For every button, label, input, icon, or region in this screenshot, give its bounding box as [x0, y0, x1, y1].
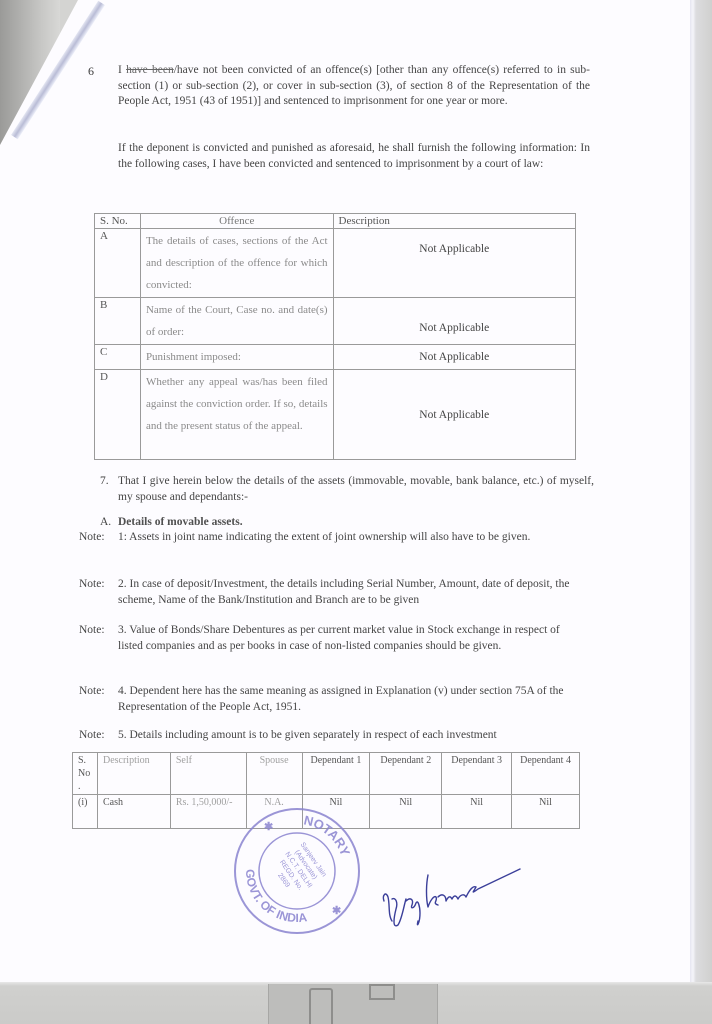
row-description: Not Applicable: [333, 229, 575, 298]
header-dependant-4: Dependant 4: [512, 753, 580, 795]
note-4-text: 4. Dependent here has the same meaning a…: [118, 684, 578, 715]
note-3-text: 3. Value of Bonds/Share Debentures as pe…: [118, 623, 580, 654]
binder-clip-object: [268, 984, 438, 1024]
table-row: A The details of cases, sections of the …: [95, 229, 576, 298]
star-icon: ✱: [264, 821, 273, 833]
note-1-text: 1: Assets in joint name indicating the e…: [118, 530, 568, 546]
row-offence: The details of cases, sections of the Ac…: [140, 229, 333, 298]
section-a-label: A.: [100, 515, 111, 531]
table-row: B Name of the Court, Case no. and date(s…: [95, 298, 576, 345]
item-6-rest: /have not been convicted of an offence(s…: [118, 64, 590, 107]
cell-dependant-4: Nil: [512, 795, 580, 829]
header-self: Self: [170, 753, 246, 795]
cell-description: Cash: [97, 795, 170, 829]
header-description: Description: [97, 753, 170, 795]
header-sno: S. No .: [73, 753, 98, 795]
section-a-title: Details of movable assets.: [118, 515, 243, 531]
row-description: Not Applicable: [333, 370, 575, 460]
cell-dependant-3: Nil: [442, 795, 512, 829]
header-dependant-3: Dependant 3: [442, 753, 512, 795]
page-stack-edge: [690, 0, 712, 982]
row-offence: Whether any appeal was/has been filed ag…: [140, 370, 333, 460]
item-6-number: 6: [88, 64, 94, 79]
note-label: Note:: [79, 623, 105, 639]
header-dependant-1: Dependant 1: [302, 753, 370, 795]
row-offence: Punishment imposed:: [140, 345, 333, 370]
header-spouse: Spouse: [246, 753, 302, 795]
note-label: Note:: [79, 684, 105, 700]
row-description: Not Applicable: [333, 345, 575, 370]
signature: Vijay Kumar: [370, 855, 530, 935]
row-sno: D: [95, 370, 141, 460]
item-6-lead: I: [118, 64, 126, 76]
header-sno: S. No.: [95, 214, 141, 229]
note-label: Note:: [79, 728, 105, 744]
header-description: Description: [333, 214, 575, 229]
row-sno: B: [95, 298, 141, 345]
note-label: Note:: [79, 530, 105, 546]
clip-shape: [369, 984, 395, 1000]
table-header-row: S. No . Description Self Spouse Dependan…: [73, 753, 580, 795]
clip-shape: [309, 988, 333, 1024]
note-label: Note:: [79, 577, 105, 593]
item-6-paragraph: I have been/have not been convicted of a…: [118, 63, 590, 110]
conviction-info-paragraph: If the deponent is convicted and punishe…: [118, 141, 590, 172]
header-dependant-2: Dependant 2: [370, 753, 442, 795]
note-2-text: 2. In case of deposit/Investment, the de…: [118, 577, 578, 608]
cell-dependant-2: Nil: [370, 795, 442, 829]
row-sno: A: [95, 229, 141, 298]
struck-text: have been: [126, 64, 174, 76]
table-row: C Punishment imposed: Not Applicable: [95, 345, 576, 370]
item-7-paragraph: That I give herein below the details of …: [118, 474, 594, 505]
cell-sno: (i): [73, 795, 98, 829]
star-icon: ✱: [332, 905, 341, 917]
table-row: D Whether any appeal was/has been filed …: [95, 370, 576, 460]
conviction-table: S. No. Offence Description A The details…: [94, 213, 576, 460]
row-offence: Name of the Court, Case no. and date(s) …: [140, 298, 333, 345]
row-description: Not Applicable: [333, 298, 575, 345]
row-sno: C: [95, 345, 141, 370]
table-header-row: S. No. Offence Description: [95, 214, 576, 229]
item-7-number: 7.: [100, 475, 109, 487]
note-5-text: 5. Details including amount is to be giv…: [118, 728, 588, 744]
header-offence: Offence: [140, 214, 333, 229]
signature-text: Vijay Kumar: [370, 855, 376, 856]
notary-stamp: NOTARY GOVT. OF INDIA ✱ ✱ Sanjeev Jain (…: [232, 806, 362, 936]
